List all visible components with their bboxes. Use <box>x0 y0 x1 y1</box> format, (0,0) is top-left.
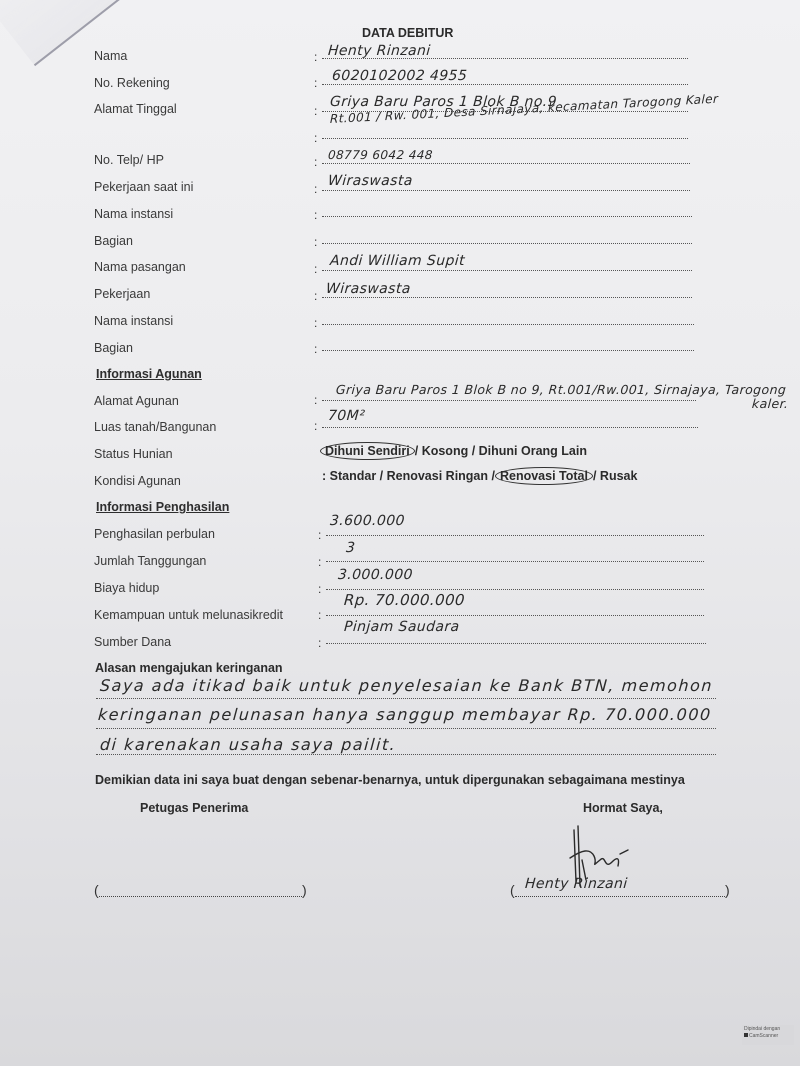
colon: : <box>314 208 317 222</box>
colon: : <box>314 235 317 249</box>
watermark-line-2: CamScanner <box>749 1033 778 1039</box>
colon: : <box>314 50 317 64</box>
value-alamat-agunan: Griya Baru Paros 1 Blok B no 9, Rt.001/R… <box>335 382 786 397</box>
label-kemampuan: Kemampuan untuk melunasikredit <box>94 608 283 622</box>
label-alamat-agunan: Alamat Agunan <box>94 394 179 408</box>
label-biaya-hidup: Biaya hidup <box>94 581 159 595</box>
label-luas-tanah: Luas tanah/Bangunan <box>94 420 216 434</box>
label-nama-instansi-pasangan: Nama instansi <box>94 314 173 328</box>
label-alamat-tinggal: Alamat Tinggal <box>94 102 177 116</box>
value-luas-tanah: 70M² <box>327 408 365 424</box>
colon: : <box>314 262 317 276</box>
label-penghasilan: Penghasilan perbulan <box>94 527 215 541</box>
label-bagian: Bagian <box>94 234 133 248</box>
label-kondisi-agunan: Kondisi Agunan <box>94 474 181 488</box>
value-penghasilan: 3.600.000 <box>329 513 405 529</box>
value-pekerjaan: Wiraswasta <box>325 281 411 297</box>
field-nama-instansi[interactable] <box>322 202 692 217</box>
income-heading: Informasi Penghasilan <box>96 500 229 514</box>
label-bagian-pasangan: Bagian <box>94 341 133 355</box>
field-bagian-pasangan[interactable] <box>322 336 694 351</box>
option-dihuni-sendiri[interactable]: Dihuni Sendiri <box>320 442 415 460</box>
colon: : <box>318 528 321 542</box>
value-no-rekening: 6020102002 4955 <box>331 68 467 84</box>
value-alamat-agunan-cont: kaler. <box>751 396 788 411</box>
colon: : <box>318 636 321 650</box>
applicant-label: Hormat Saya, <box>583 801 663 815</box>
colon: : <box>314 182 317 196</box>
label-pekerjaan-saat-ini: Pekerjaan saat ini <box>94 180 193 194</box>
label-sumber-dana: Sumber Dana <box>94 635 171 649</box>
reason-line-1-rule[interactable] <box>96 697 716 699</box>
reason-line-3: di karenakan usaha saya pailit. <box>99 735 397 754</box>
colon: : <box>314 393 317 407</box>
applicant-paren-open: ( <box>510 882 515 898</box>
colon: : <box>318 582 321 596</box>
officer-label: Petugas Penerima <box>140 801 248 815</box>
value-sumber-dana: Pinjam Saudara <box>343 619 460 635</box>
label-nama-pasangan: Nama pasangan <box>94 260 186 274</box>
value-kemampuan: Rp. 70.000.000 <box>343 591 465 609</box>
colon: : <box>314 104 317 118</box>
value-no-telp: 08779 6042 448 <box>328 148 434 162</box>
form-title: DATA DEBITUR <box>362 26 453 40</box>
watermark-line-2-wrap: CamScanner <box>744 1033 792 1040</box>
option-dihuni-orang-lain[interactable]: Dihuni Orang Lain <box>479 444 587 458</box>
value-jumlah-tanggungan: 3 <box>345 540 355 556</box>
option-rusak[interactable]: Rusak <box>600 469 638 483</box>
value-nama-pasangan: Andi William Supit <box>329 253 465 269</box>
officer-paren-close: ) <box>302 882 307 898</box>
field-alamat-tinggal-2[interactable] <box>322 124 688 139</box>
reason-line-3-rule[interactable] <box>96 753 716 755</box>
reason-line-2: keringanan pelunasan hanya sanggup memba… <box>97 705 712 724</box>
value-biaya-hidup: 3.000.000 <box>337 567 413 583</box>
label-jumlah-tanggungan: Jumlah Tanggungan <box>94 554 206 568</box>
colon: : <box>314 289 317 303</box>
applicant-name: Henty Rinzani <box>524 876 628 892</box>
option-kosong[interactable]: Kosong <box>422 444 469 458</box>
applicant-paren-close: ) <box>725 882 730 898</box>
option-renovasi-ringan[interactable]: Renovasi Ringan <box>387 469 488 483</box>
reason-heading: Alasan mengajukan keringanan <box>95 661 283 675</box>
label-no-rekening: No. Rekening <box>94 76 170 90</box>
option-standar[interactable]: Standar <box>330 469 377 483</box>
colon: : <box>314 419 317 433</box>
field-jumlah-tanggungan[interactable] <box>326 547 704 562</box>
collateral-heading: Informasi Agunan <box>96 367 202 381</box>
label-status-hunian: Status Hunian <box>94 447 173 461</box>
colon: : <box>318 555 321 569</box>
option-renovasi-total[interactable]: Renovasi Total <box>495 467 593 485</box>
colon: : <box>314 76 317 90</box>
officer-paren-open: ( <box>94 882 99 898</box>
field-luas-tanah[interactable] <box>322 413 698 428</box>
reason-line-1: Saya ada itikad baik untuk penyelesaian … <box>99 676 713 695</box>
label-nama: Nama <box>94 49 127 63</box>
colon: : <box>314 342 317 356</box>
page-fold-shadow <box>0 0 272 66</box>
field-bagian[interactable] <box>322 229 692 244</box>
colon: : <box>314 316 317 330</box>
colon: : <box>314 131 317 145</box>
label-pekerjaan: Pekerjaan <box>94 287 150 301</box>
label-nama-instansi: Nama instansi <box>94 207 173 221</box>
condition-options: : Standar / Renovasi Ringan /Renovasi To… <box>322 467 637 485</box>
field-nama-instansi-pasangan[interactable] <box>322 310 694 325</box>
value-pekerjaan-saat-ini: Wiraswasta <box>327 173 413 189</box>
officer-signature-line[interactable] <box>99 886 302 897</box>
colon: : <box>318 608 321 622</box>
declaration-statement: Demikian data ini saya buat dengan seben… <box>95 773 685 787</box>
camscanner-watermark: Dipindai dengan CamScanner <box>742 1025 794 1045</box>
colon: : <box>314 155 317 169</box>
reason-line-2-rule[interactable] <box>96 727 716 729</box>
occupancy-options: Dihuni Sendiri/ Kosong / Dihuni Orang La… <box>320 442 587 460</box>
camscanner-logo-icon <box>744 1033 748 1037</box>
watermark-line-1: Dipindai dengan <box>744 1026 792 1033</box>
label-no-telp: No. Telp/ HP <box>94 153 164 167</box>
value-nama: Henty Rinzani <box>327 43 431 59</box>
